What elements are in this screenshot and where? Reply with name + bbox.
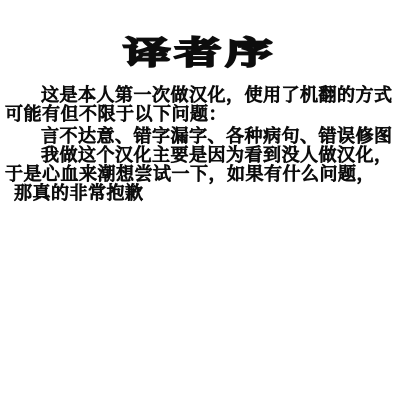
page-title-text: 译者序 (123, 37, 276, 69)
text-line: 言不达意、错字漏字、各种病句、错误修图 (5, 127, 399, 146)
preface-text: 这是本人第一次做汉化，使用了机翻的方式可能有但不限于以下问题：言不达意、错字漏字… (5, 86, 399, 203)
text-line: 那真的非常抱歉 (5, 184, 399, 203)
text-line: 可能有但不限于以下问题： (5, 105, 399, 124)
page-title: 译者序 (0, 36, 400, 72)
text-line: 这是本人第一次做汉化，使用了机翻的方式 (5, 86, 399, 105)
preface-page: 译者序 这是本人第一次做汉化，使用了机翻的方式可能有但不限于以下问题：言不达意、… (0, 0, 400, 400)
text-line: 于是心血来潮想尝试一下，如果有什么问题， (5, 165, 399, 184)
text-line: 我做这个汉化主要是因为看到没人做汉化， (5, 146, 399, 165)
